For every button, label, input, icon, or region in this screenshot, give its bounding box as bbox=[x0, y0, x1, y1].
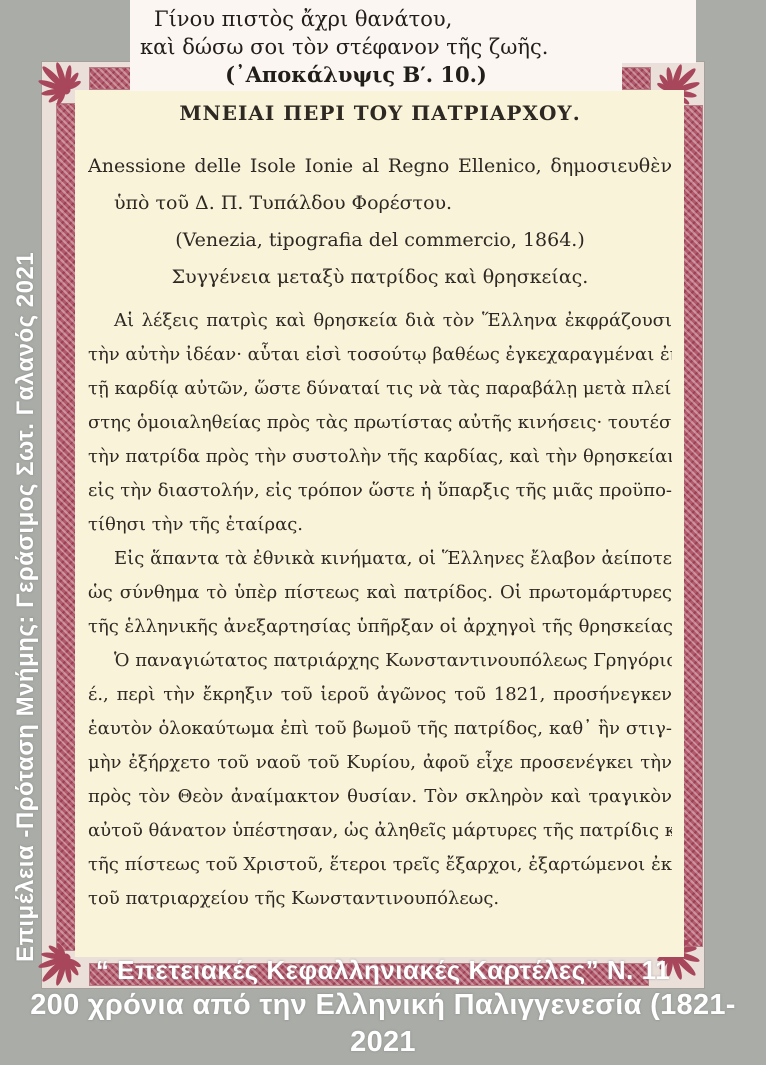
document-title: ΜΝΕΙΑΙ ΠΕΡΙ ΤΟΥ ΠΑΤΡΙΑΡΧΟΥ. bbox=[88, 100, 672, 126]
doc-line: στης ὁμοιαληθείας πρὸς τὰς πρωτίστας αὐτ… bbox=[88, 406, 672, 440]
quote-reference: (᾿Αποκάλυψις Β′. 10.) bbox=[130, 61, 622, 89]
doc-line: τῆς πίστεως τοῦ Χριστοῦ, ἕτεροι τρεῖς ἔξ… bbox=[88, 848, 672, 882]
doc-line: Ὁ παναγιώτατος πατριάρχης Κωνσταντινουπό… bbox=[88, 644, 672, 678]
doc-line: πρὸς τὸν Θεὸν ἀναίμακτον θυσίαν. Τὸν σκλ… bbox=[88, 780, 672, 814]
doc-line: ἑαυτὸν ὁλοκαύτωμα ἐπὶ τοῦ βωμοῦ τῆς πατρ… bbox=[88, 712, 672, 746]
doc-line: Anessione delle Isole Ionie al Regno Ell… bbox=[88, 148, 672, 185]
doc-line: Εἰς ἅπαντα τὰ ἐθνικὰ κινήματα, οἱ Ἕλληνε… bbox=[88, 542, 672, 576]
editor-credit: Επιμέλεια -Πρόταση Μνήμης: Γεράσιμος Σωτ… bbox=[12, 112, 40, 962]
quote-line: Γίνου πιστὸς ἄχρι θανάτου, bbox=[130, 5, 622, 33]
border-band-left bbox=[57, 104, 75, 950]
bottom-caption: “ Επετειακές Κεφαλληνιακές Καρτέλες” Ν. … bbox=[0, 954, 766, 1061]
doc-line: τὴν πατρίδα πρὸς τὴν συστολὴν τῆς καρδία… bbox=[88, 440, 672, 474]
scripture-quote: Γίνου πιστὸς ἄχρι θανάτου, καὶ δώσω σοι … bbox=[130, 0, 622, 91]
doc-line: ὡς σύνθημα τὸ ὑπὲρ πίστεως καὶ πατρίδος.… bbox=[88, 576, 672, 610]
doc-line: Συγγένεια μεταξὺ πατρίδος καὶ θρησκείας. bbox=[88, 259, 672, 296]
document-page: ΜΝΕΙΑΙ ΠΕΡΙ ΤΟΥ ΠΑΤΡΙΑΡΧΟΥ. Anessione de… bbox=[75, 90, 684, 957]
doc-line: Αἱ λέξεις πατρὶς καὶ θρησκεία διὰ τὸν Ἕλ… bbox=[88, 304, 672, 338]
border-band-right bbox=[684, 106, 702, 946]
doc-line: τῇ καρδίᾳ αὐτῶν, ὥστε δύναταί τις νὰ τὰς… bbox=[88, 372, 672, 406]
doc-line: τοῦ πατριαρχείου τῆς Κωνσταντινουπόλεως. bbox=[88, 882, 672, 916]
quote-line: καὶ δώσω σοι τὸν στέφανον τῆς ζωῆς. bbox=[130, 33, 622, 61]
document-frame: ΜΝΕΙΑΙ ΠΕΡΙ ΤΟΥ ΠΑΤΡΙΑΡΧΟΥ. Anessione de… bbox=[42, 62, 704, 988]
doc-line: ὑπὸ τοῦ Δ. Π. Τυπάλδου Φορέστου. bbox=[88, 185, 672, 222]
caption-anniversary: 200 χρόνια από την Ελληνική Παλιγγενεσία… bbox=[0, 987, 766, 1061]
poster: ΜΝΕΙΑΙ ΠΕΡΙ ΤΟΥ ΠΑΤΡΙΑΡΧΟΥ. Anessione de… bbox=[0, 0, 766, 1065]
doc-line: μὴν ἐξήρχετο τοῦ ναοῦ τοῦ Κυρίου, ἀφοῦ ε… bbox=[88, 746, 672, 780]
caption-series: “ Επετειακές Κεφαλληνιακές Καρτέλες” Ν. … bbox=[0, 954, 766, 987]
doc-line: εἰς τὴν διαστολήν, εἰς τρόπον ὥστε ἡ ὕπα… bbox=[88, 474, 672, 508]
doc-line: τῆς ἑλληνικῆς ἀνεξαρτησίας ὑπῆρξαν οἱ ἀρ… bbox=[88, 610, 672, 644]
scripture-strip-extension bbox=[622, 0, 696, 63]
doc-line: τὴν αὐτὴν ἰδέαν· αὗται εἰσὶ τοσούτῳ βαθέ… bbox=[88, 338, 672, 372]
doc-line: έ., περὶ τὴν ἔκρηξιν τοῦ ἱεροῦ ἀγῶνος το… bbox=[88, 678, 672, 712]
doc-line: αὐτοῦ θάνατον ὑπέστησαν, ὡς ἀληθεῖς μάρτ… bbox=[88, 814, 672, 848]
doc-line: (Venezia, tipografia del commercio, 1864… bbox=[88, 222, 672, 259]
doc-line: τίθησι τὴν τῆς ἑταίρας. bbox=[88, 508, 672, 542]
